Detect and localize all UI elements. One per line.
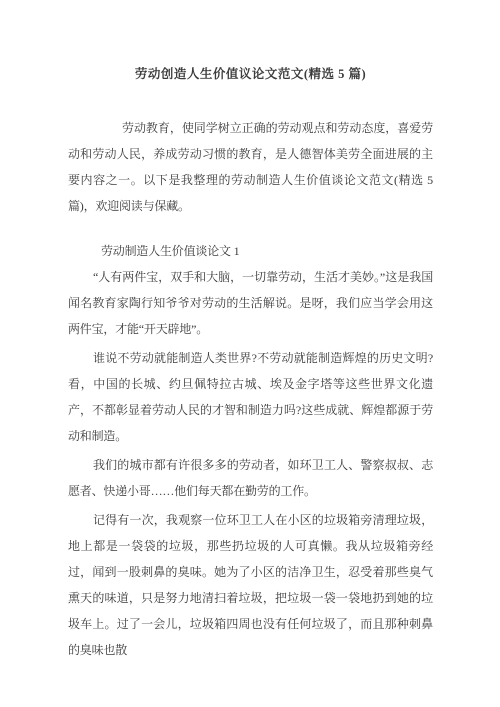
body-paragraph-4: 记得有一次，我观察一位环卫工人在小区的垃圾箱旁清理垃圾，地上都是一袋袋的垃圾，那…	[68, 507, 433, 663]
intro-paragraph: 劳动教育，使同学树立正确的劳动观点和劳动态度，喜爱劳动和劳动人民，养成劳动习惯的…	[68, 115, 433, 219]
document-page: 劳动创造人生价值议论文范文(精选 5 篇) 劳动教育，使同学树立正确的劳动观点和…	[0, 0, 500, 707]
section-heading: 劳动制造人生价值谈论文 1	[68, 238, 433, 264]
document-title: 劳动创造人生价值议论文范文(精选 5 篇)	[68, 61, 433, 87]
body-paragraph-1: “人有两件宝，双手和大脑，一切靠劳动，生活才美妙。”这是我国闻名教育家陶行知爷爷…	[68, 264, 433, 342]
body-paragraph-3: 我们的城市都有许很多多的劳动者，如环卫工人、警察叔叔、志愿者、快递小哥……他们每…	[68, 452, 433, 504]
body-paragraph-2: 谁说不劳动就能制造人类世界?不劳动就能制造辉煌的历史文明?看，中国的长城、约旦佩…	[68, 345, 433, 449]
